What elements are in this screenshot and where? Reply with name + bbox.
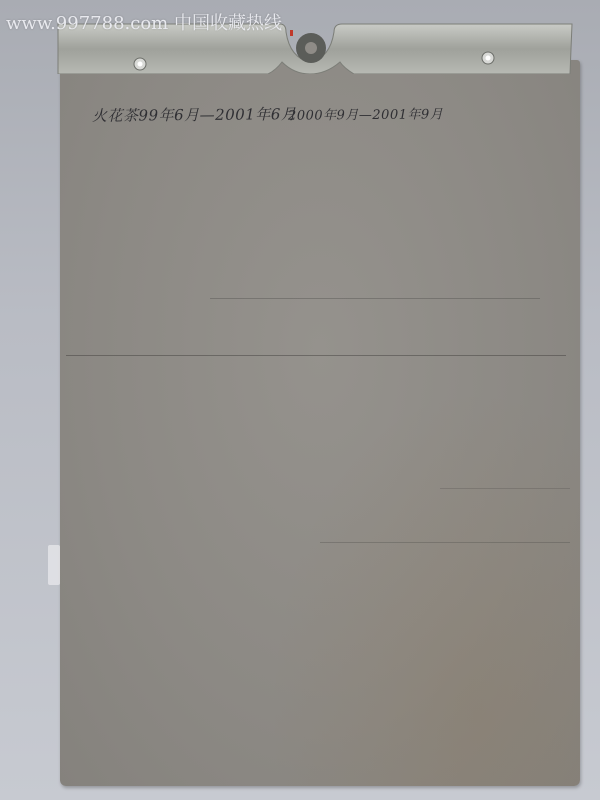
faded-line bbox=[66, 355, 566, 356]
handwritten-note-right: 2000年9月—2001年9月 bbox=[288, 103, 443, 123]
faded-line bbox=[440, 488, 570, 489]
paper-edge-tab bbox=[48, 545, 60, 585]
faded-line bbox=[210, 298, 540, 299]
paper-sheet bbox=[60, 60, 580, 786]
faded-line bbox=[320, 542, 570, 543]
site-watermark: www.997788.com 中国收藏热线 bbox=[6, 9, 282, 35]
handwritten-note-left: 火花茶99年6月—2001年6月 bbox=[92, 103, 297, 126]
